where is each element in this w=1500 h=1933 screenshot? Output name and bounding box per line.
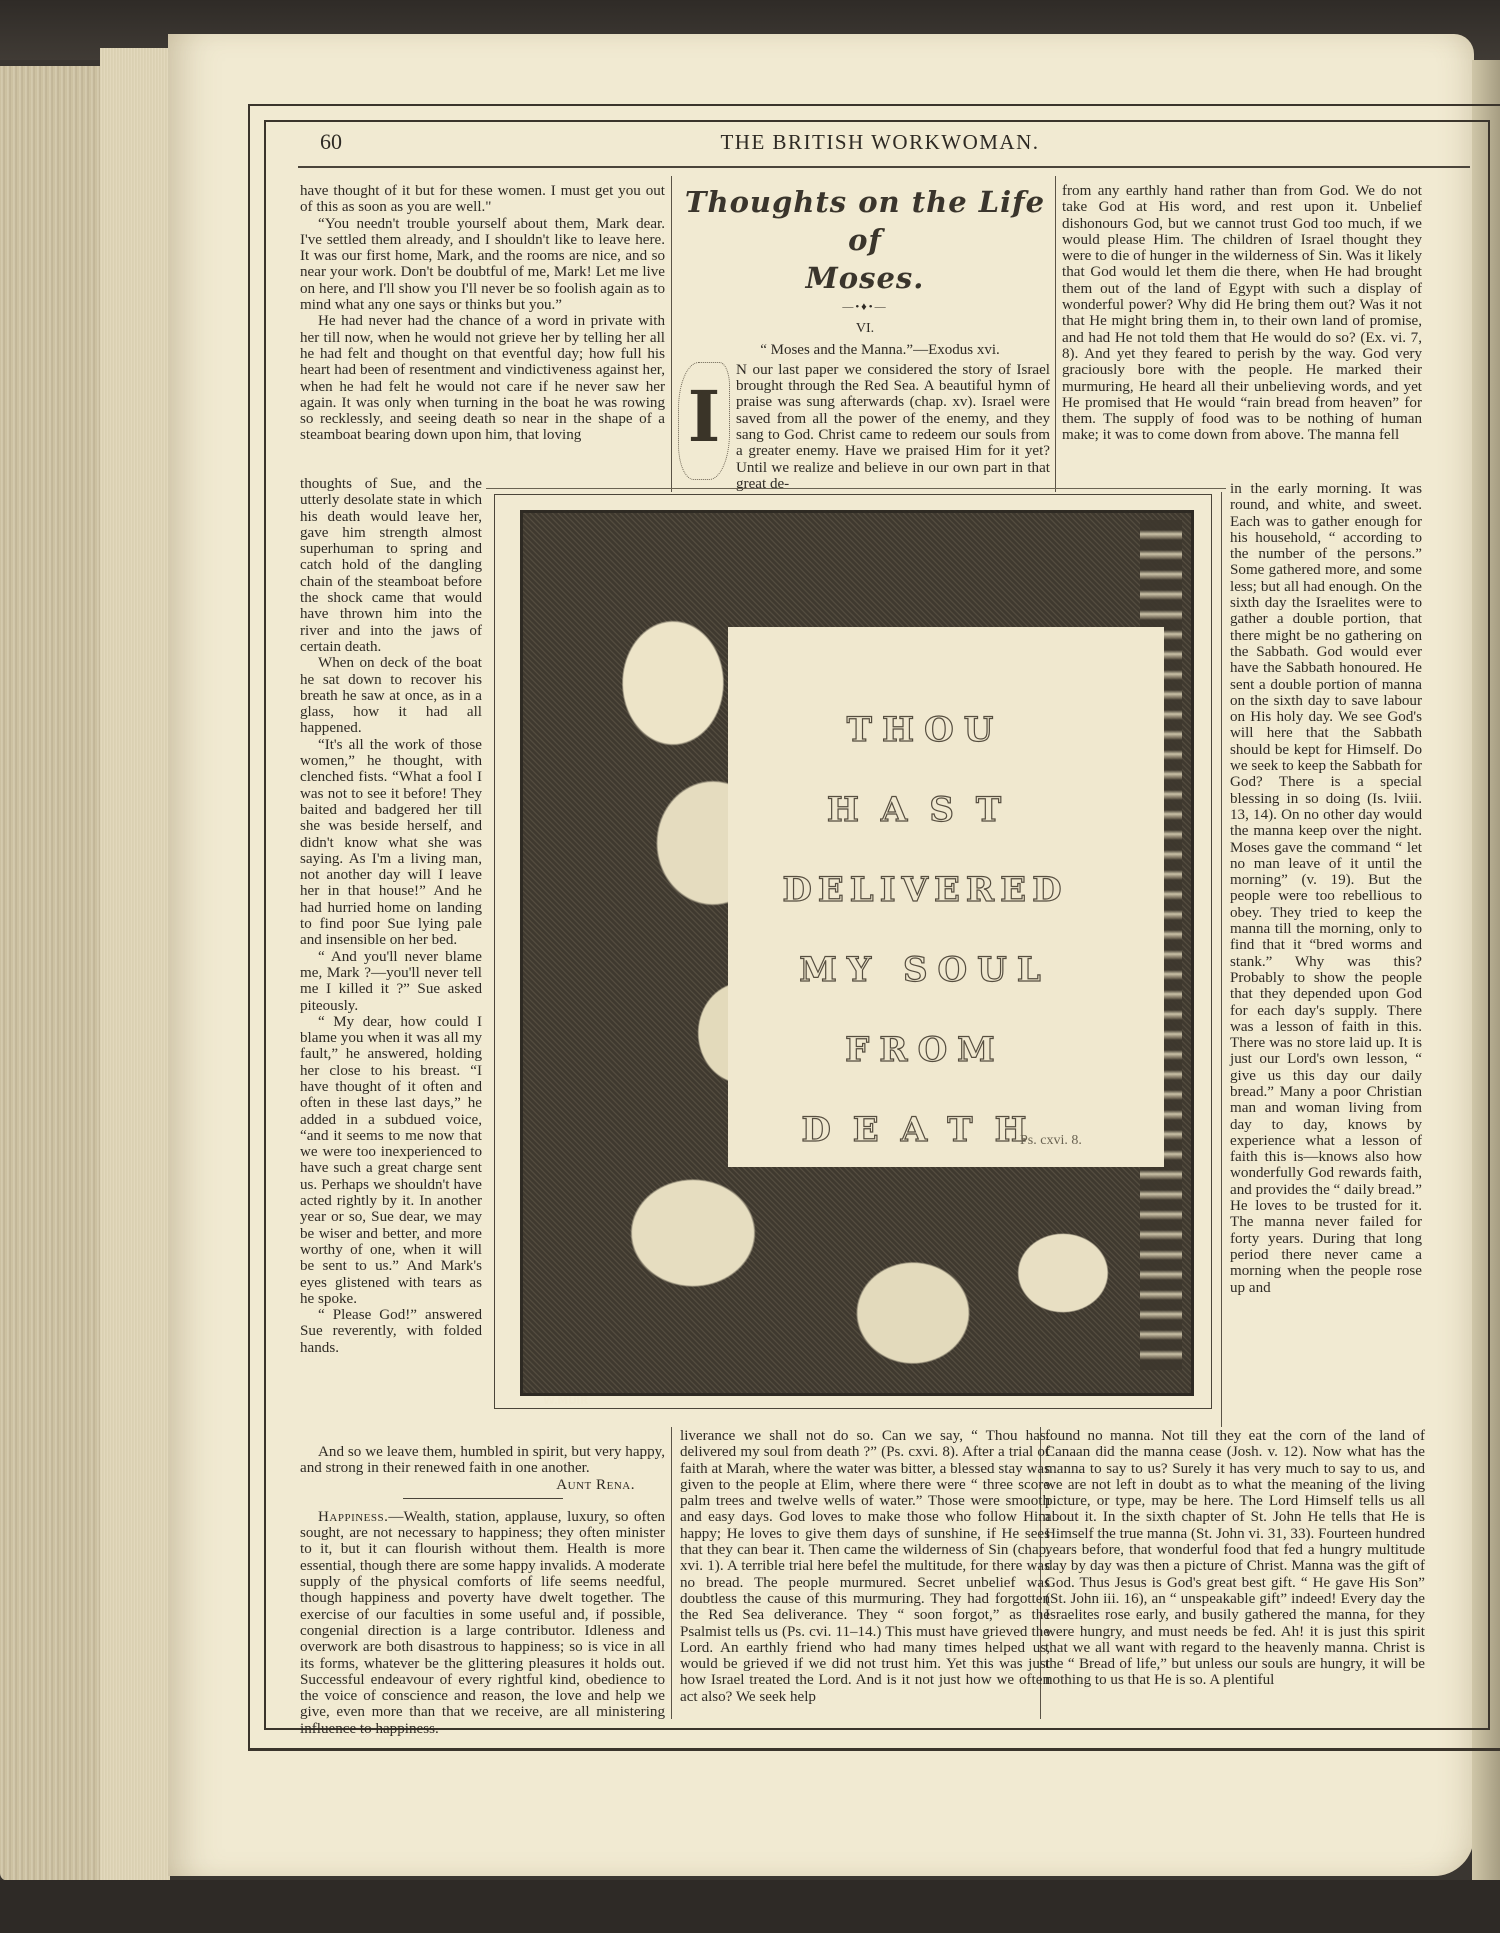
article-paragraph: from any earthly hand rather than from G…	[1062, 183, 1422, 444]
illustration-motto: THOU HAST DELIVERED MY SOUL FROM DEATH	[760, 690, 1090, 1170]
article-paragraph: liverance we shall not do so. Can we say…	[680, 1428, 1050, 1705]
backdrop-bottom	[0, 1880, 1500, 1933]
decorated-initial: I	[678, 362, 730, 480]
article-part-number: VI.	[680, 321, 1050, 337]
story-column-top: have thought of it but for these women. …	[300, 183, 665, 444]
story-column-narrow: thoughts of Sue, and the utterly desolat…	[300, 476, 482, 1356]
motto-line: MY SOUL	[760, 930, 1090, 1010]
happiness-text: —Wealth, station, applause, luxury, so o…	[300, 1509, 665, 1737]
column-rule-3	[1221, 492, 1222, 1427]
column-rule-1	[671, 176, 672, 492]
running-head: THE BRITISH WORKWOMAN.	[600, 130, 1160, 155]
motto-line: HAST	[760, 770, 1090, 850]
motto-line: DEATH	[760, 1090, 1090, 1170]
artist-signature: W.MUIR	[543, 1394, 588, 1407]
motto-line: THOU	[760, 690, 1090, 770]
story-signature: Aunt Rena.	[300, 1477, 665, 1493]
article-subtitle: “ Moses and the Manna.”—Exodus xvi.	[680, 342, 1050, 358]
drop-cap-letter: I	[682, 372, 726, 462]
story-paragraph: When on deck of the boat he sat down to …	[300, 655, 482, 736]
article-title-line2: Moses.	[680, 259, 1050, 297]
happiness-paragraph: Happiness.—Wealth, station, applause, lu…	[300, 1509, 665, 1737]
story-closing: And so we leave them, humbled in spirit,…	[300, 1444, 665, 1477]
article-column-3-bottom: found no manna. Not till they eat the co…	[1045, 1428, 1425, 1689]
article-header: Thoughts on the Life of Moses. —•♦•— VI.…	[680, 183, 1050, 492]
column-rule-2	[1055, 176, 1056, 492]
motto-line: FROM	[760, 1010, 1090, 1090]
article-column-3-narrow: in the early morning. It was round, and …	[1230, 481, 1422, 1296]
article-title-line1: Thoughts on the Life of	[680, 183, 1050, 259]
motto-reference: Ps. cxvi. 8.	[1020, 1133, 1082, 1149]
story-paragraph: “It's all the work of those women,” he t…	[300, 737, 482, 949]
illustration-top-rule	[486, 488, 1226, 489]
book-page-edges-inner	[100, 48, 170, 1888]
column-rule-4	[671, 1427, 672, 1719]
article-column-2-bottom: liverance we shall not do so. Can we say…	[680, 1428, 1050, 1705]
motto-line: DELIVERED	[760, 850, 1090, 930]
story-paragraph: “ My dear, how could I blame you when it…	[300, 1014, 482, 1307]
happiness-lead: Happiness.	[318, 1509, 388, 1525]
story-paragraph: “You needn't trouble yourself about them…	[300, 216, 665, 314]
title-ornament: —•♦•—	[680, 299, 1050, 315]
story-paragraph: “ And you'll never blame me, Mark ?—you'…	[300, 949, 482, 1014]
story-paragraph: He had never had the chance of a word in…	[300, 313, 665, 443]
article-paragraph: found no manna. Not till they eat the co…	[1045, 1428, 1425, 1689]
header-rule	[298, 166, 1470, 168]
page-number: 60	[320, 129, 342, 155]
story-paragraph: thoughts of Sue, and the utterly desolat…	[300, 476, 482, 655]
section-rule	[403, 1498, 563, 1499]
article-column-3-top: from any earthly hand rather than from G…	[1062, 183, 1422, 444]
story-column-bottom: And so we leave them, humbled in spirit,…	[300, 1444, 665, 1737]
article-paragraph: in the early morning. It was round, and …	[1230, 481, 1422, 1296]
story-paragraph: have thought of it but for these women. …	[300, 183, 665, 216]
story-paragraph: “ Please God!” answered Sue reverently, …	[300, 1307, 482, 1356]
article-intro: N our last paper we considered the story…	[680, 362, 1050, 492]
